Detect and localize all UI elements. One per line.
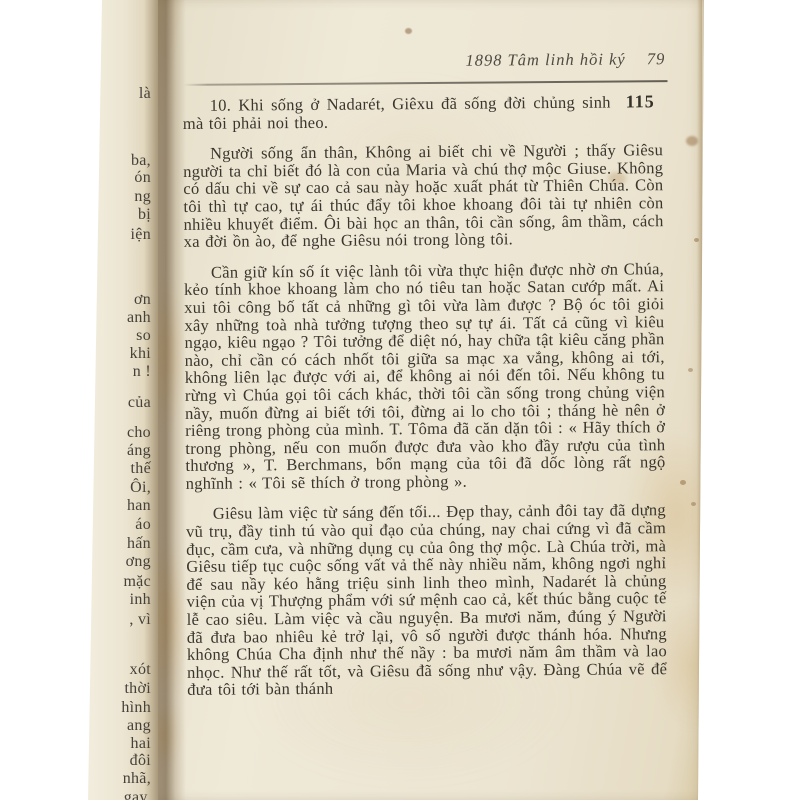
paragraph: Người sống ẩn thân, Không ai biết chi về… (183, 141, 664, 250)
text-fragment: ng (134, 188, 151, 206)
text-fragment: ang (127, 717, 151, 735)
paragraph: 10. Khi sống ở Nadarét, Giêxu đã sống đờ… (183, 93, 663, 132)
text-fragment: thế (131, 460, 151, 478)
text-fragment: áng (127, 442, 151, 460)
text-fragment: mặc (123, 573, 151, 591)
running-header-title: 1898 Tâm linh hồi ký (465, 49, 625, 69)
text-fragment: là (139, 85, 151, 103)
book-photo: làba,ónngbịiệnơnanhsokhin !củachoángthếÔ… (0, 0, 800, 800)
page-content: 1898 Tâm linh hồi ký 79 115 10. Khi sống… (155, 0, 707, 800)
text-fragment: đôi (130, 752, 151, 770)
text-fragment: áo (135, 516, 151, 534)
text-fragment: khi (130, 345, 151, 363)
text-fragment: hấn (127, 535, 151, 553)
text-fragment: han (127, 497, 151, 515)
text-fragment: Ôi, (130, 479, 151, 497)
page-right-edge (697, 0, 702, 800)
paragraph: Giêsu làm việc từ sáng đến tối... Đẹp th… (186, 502, 668, 699)
previous-page-edge: làba,ónngbịiệnơnanhsokhin !củachoángthếÔ… (82, 0, 166, 800)
text-fragment: gay, (124, 789, 151, 800)
header-rule (184, 80, 668, 86)
text-fragment: iện (131, 226, 151, 244)
margin-section-number: 115 (626, 93, 655, 111)
text-fragment: bị (138, 206, 151, 224)
text-fragment: ba, (131, 152, 151, 170)
text-fragment: ơng (126, 553, 151, 571)
text-fragment: ơn (134, 291, 151, 309)
text-fragment: của (128, 394, 151, 412)
text-fragment: anh (127, 309, 151, 327)
text-fragment: so (136, 327, 151, 345)
previous-page-text-fragments: làba,ónngbịiệnơnanhsokhin !củachoángthếÔ… (82, 0, 166, 800)
text-fragment: thời (124, 680, 151, 698)
text-fragment: ón (134, 169, 151, 187)
text-fragment: hình (121, 699, 151, 717)
text-fragment: xót (130, 661, 151, 679)
running-header: 1898 Tâm linh hồi ký 79 (465, 49, 665, 71)
text-fragment: hai (131, 735, 151, 753)
page-text: 115 10. Khi sống ở Nadarét, Giêxu đã sốn… (183, 93, 668, 712)
book-page: 1898 Tâm linh hồi ký 79 115 10. Khi sống… (158, 0, 704, 800)
text-fragment: cho (127, 424, 151, 442)
text-fragment: , vì (129, 611, 151, 629)
text-fragment: inh (130, 591, 151, 609)
running-header-page-number: 79 (647, 49, 666, 68)
text-fragment: n ! (133, 363, 151, 381)
text-fragment: nhã, (123, 770, 151, 788)
paragraph: Cần giữ kín số ít việc lành tôi vừa thực… (184, 260, 666, 492)
